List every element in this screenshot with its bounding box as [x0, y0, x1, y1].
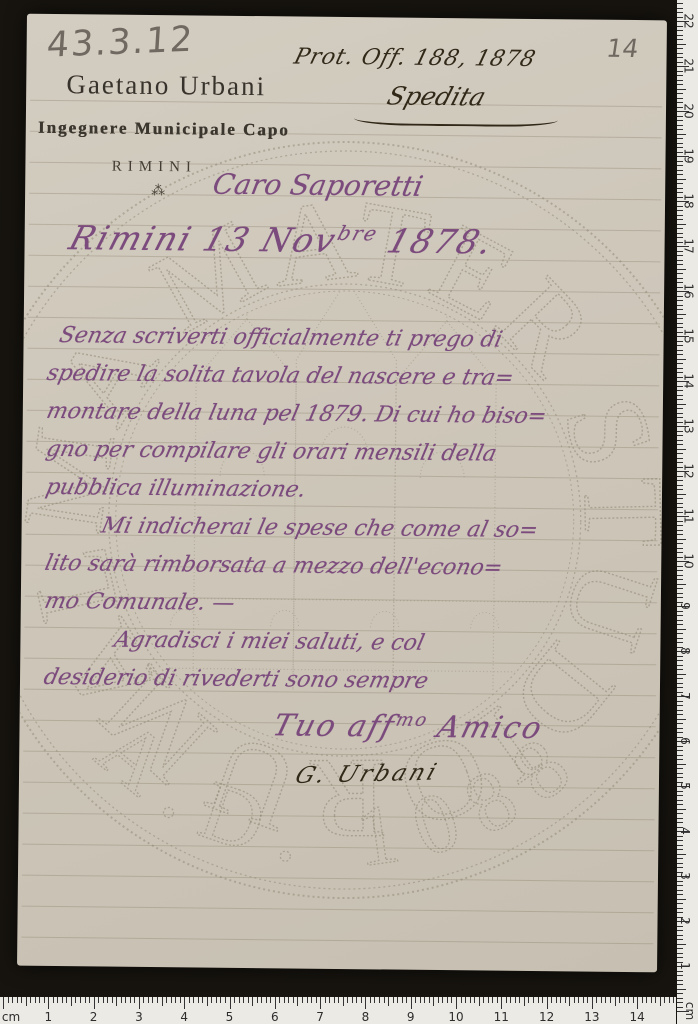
ruler-label: 16: [682, 283, 696, 298]
ruler-label: 22: [682, 13, 696, 28]
ruler-label: 8: [678, 647, 692, 655]
ruler-label: 13: [584, 1010, 599, 1024]
ruler-label: 10: [682, 553, 696, 568]
body-line: mo Comunale. —: [41, 583, 645, 627]
ruler-label: 12: [682, 463, 696, 478]
archive-number-pencil: 43.3.12: [46, 19, 196, 65]
ruler-label: 5: [226, 1010, 234, 1024]
ruler-label: 11: [494, 1010, 509, 1024]
letterhead-name: Gaetano Urbani: [66, 69, 266, 102]
page-number-pencil: 14: [604, 34, 640, 63]
letter-closing: Tuo affmo Amico: [269, 708, 547, 746]
printer-ornament-icon: ⁂: [151, 183, 165, 200]
ruler-label: 1: [44, 1010, 52, 1024]
ruler-label: cm: [683, 1002, 697, 1020]
ruled-line: [22, 844, 654, 852]
ruler-label: 17: [682, 238, 696, 253]
dateline-year: 1878.: [370, 221, 499, 261]
ruler-label: 19: [682, 148, 696, 163]
ruler-label: 3: [678, 872, 692, 880]
ruled-line: [28, 286, 660, 294]
protocol-annotation: Prot. Off. 188, 1878: [291, 45, 538, 72]
ruler-label: 7: [316, 1010, 324, 1024]
ruler-label: 14: [630, 1010, 645, 1024]
letter-dateline: Rimini 13 Novbre 1878.: [65, 218, 499, 261]
body-line: gno per compilare gli orari mensili dell…: [42, 431, 646, 475]
body-line: Senza scriverti officialmente ti prego d…: [43, 317, 647, 361]
ruler-label: 10: [448, 1010, 463, 1024]
ruler-label: 3: [135, 1010, 143, 1024]
ruler-label: 14: [682, 373, 696, 388]
ruler-label: 12: [539, 1010, 554, 1024]
ruler-label: 11: [682, 508, 696, 523]
ruled-lines: [27, 14, 667, 21]
body-line: montare della luna pel 1879. Di cui ho b…: [43, 393, 647, 437]
ruler-label: 6: [678, 737, 692, 745]
ruler-label: 9: [678, 602, 692, 610]
ruler-label: 20: [682, 103, 696, 118]
closing-pre: Tuo aff: [269, 708, 399, 744]
ruler-horizontal-cm: cm1234567891011121314: [0, 997, 676, 1024]
ruled-line: [21, 937, 653, 945]
letter-scan-sheet: ALMA MATER STUDIORUM A.D. 1088 Gaetano U…: [17, 14, 667, 973]
dateline-place-day: Rimini 13 Nov: [65, 218, 342, 260]
ruler-label: 13: [682, 418, 696, 433]
body-line: pubblica illuminazione.: [42, 469, 646, 513]
body-line: Agradisci i miei saluti, e col: [40, 621, 644, 665]
body-line: desiderio di rivederti sono sempre: [40, 659, 644, 703]
ruler-label: 1: [678, 962, 692, 970]
ruler-label: 18: [682, 193, 696, 208]
ruler-label: cm: [2, 1010, 20, 1024]
closing-post: Amico: [422, 710, 547, 746]
ruler-label: 9: [407, 1010, 415, 1024]
ruled-line: [30, 100, 662, 108]
letter-body: Senza scriverti officialmente ti prego d…: [44, 317, 644, 703]
letterhead-title: Ingegnere Municipale Capo: [34, 118, 294, 141]
ruled-line: [22, 875, 654, 883]
ruler-label: 15: [682, 328, 696, 343]
dispatch-underline-flourish: [354, 111, 558, 127]
letterhead-city: RIMINI: [109, 159, 199, 177]
ruler-vertical-cm: cm12345678910111213141516171819202122: [677, 0, 698, 1024]
signature: G. Urbani: [292, 760, 443, 789]
ruler-label: 21: [682, 58, 696, 73]
ruled-line: [23, 751, 655, 759]
ruler-label: 4: [180, 1010, 188, 1024]
ruler-label: 7: [678, 692, 692, 700]
ruler-label: 2: [90, 1010, 98, 1024]
ruler-label: 6: [271, 1010, 279, 1024]
ruled-line: [22, 906, 654, 914]
body-line: spedire la solita tavola del nascere e t…: [43, 355, 647, 399]
dispatch-annotation: Spedita: [384, 82, 489, 112]
ruler-label: 8: [362, 1010, 370, 1024]
letter-salutation: Caro Saporetti: [210, 168, 425, 203]
body-line: lito sarà rimborsata a mezzo dell'econo=: [41, 545, 645, 589]
ruler-label: 5: [678, 782, 692, 790]
ruled-line: [23, 813, 655, 821]
ruler-label: 4: [678, 827, 692, 835]
ruler-label: 2: [678, 917, 692, 925]
body-line: Mi indicherai le spese che come al so=: [41, 507, 645, 551]
